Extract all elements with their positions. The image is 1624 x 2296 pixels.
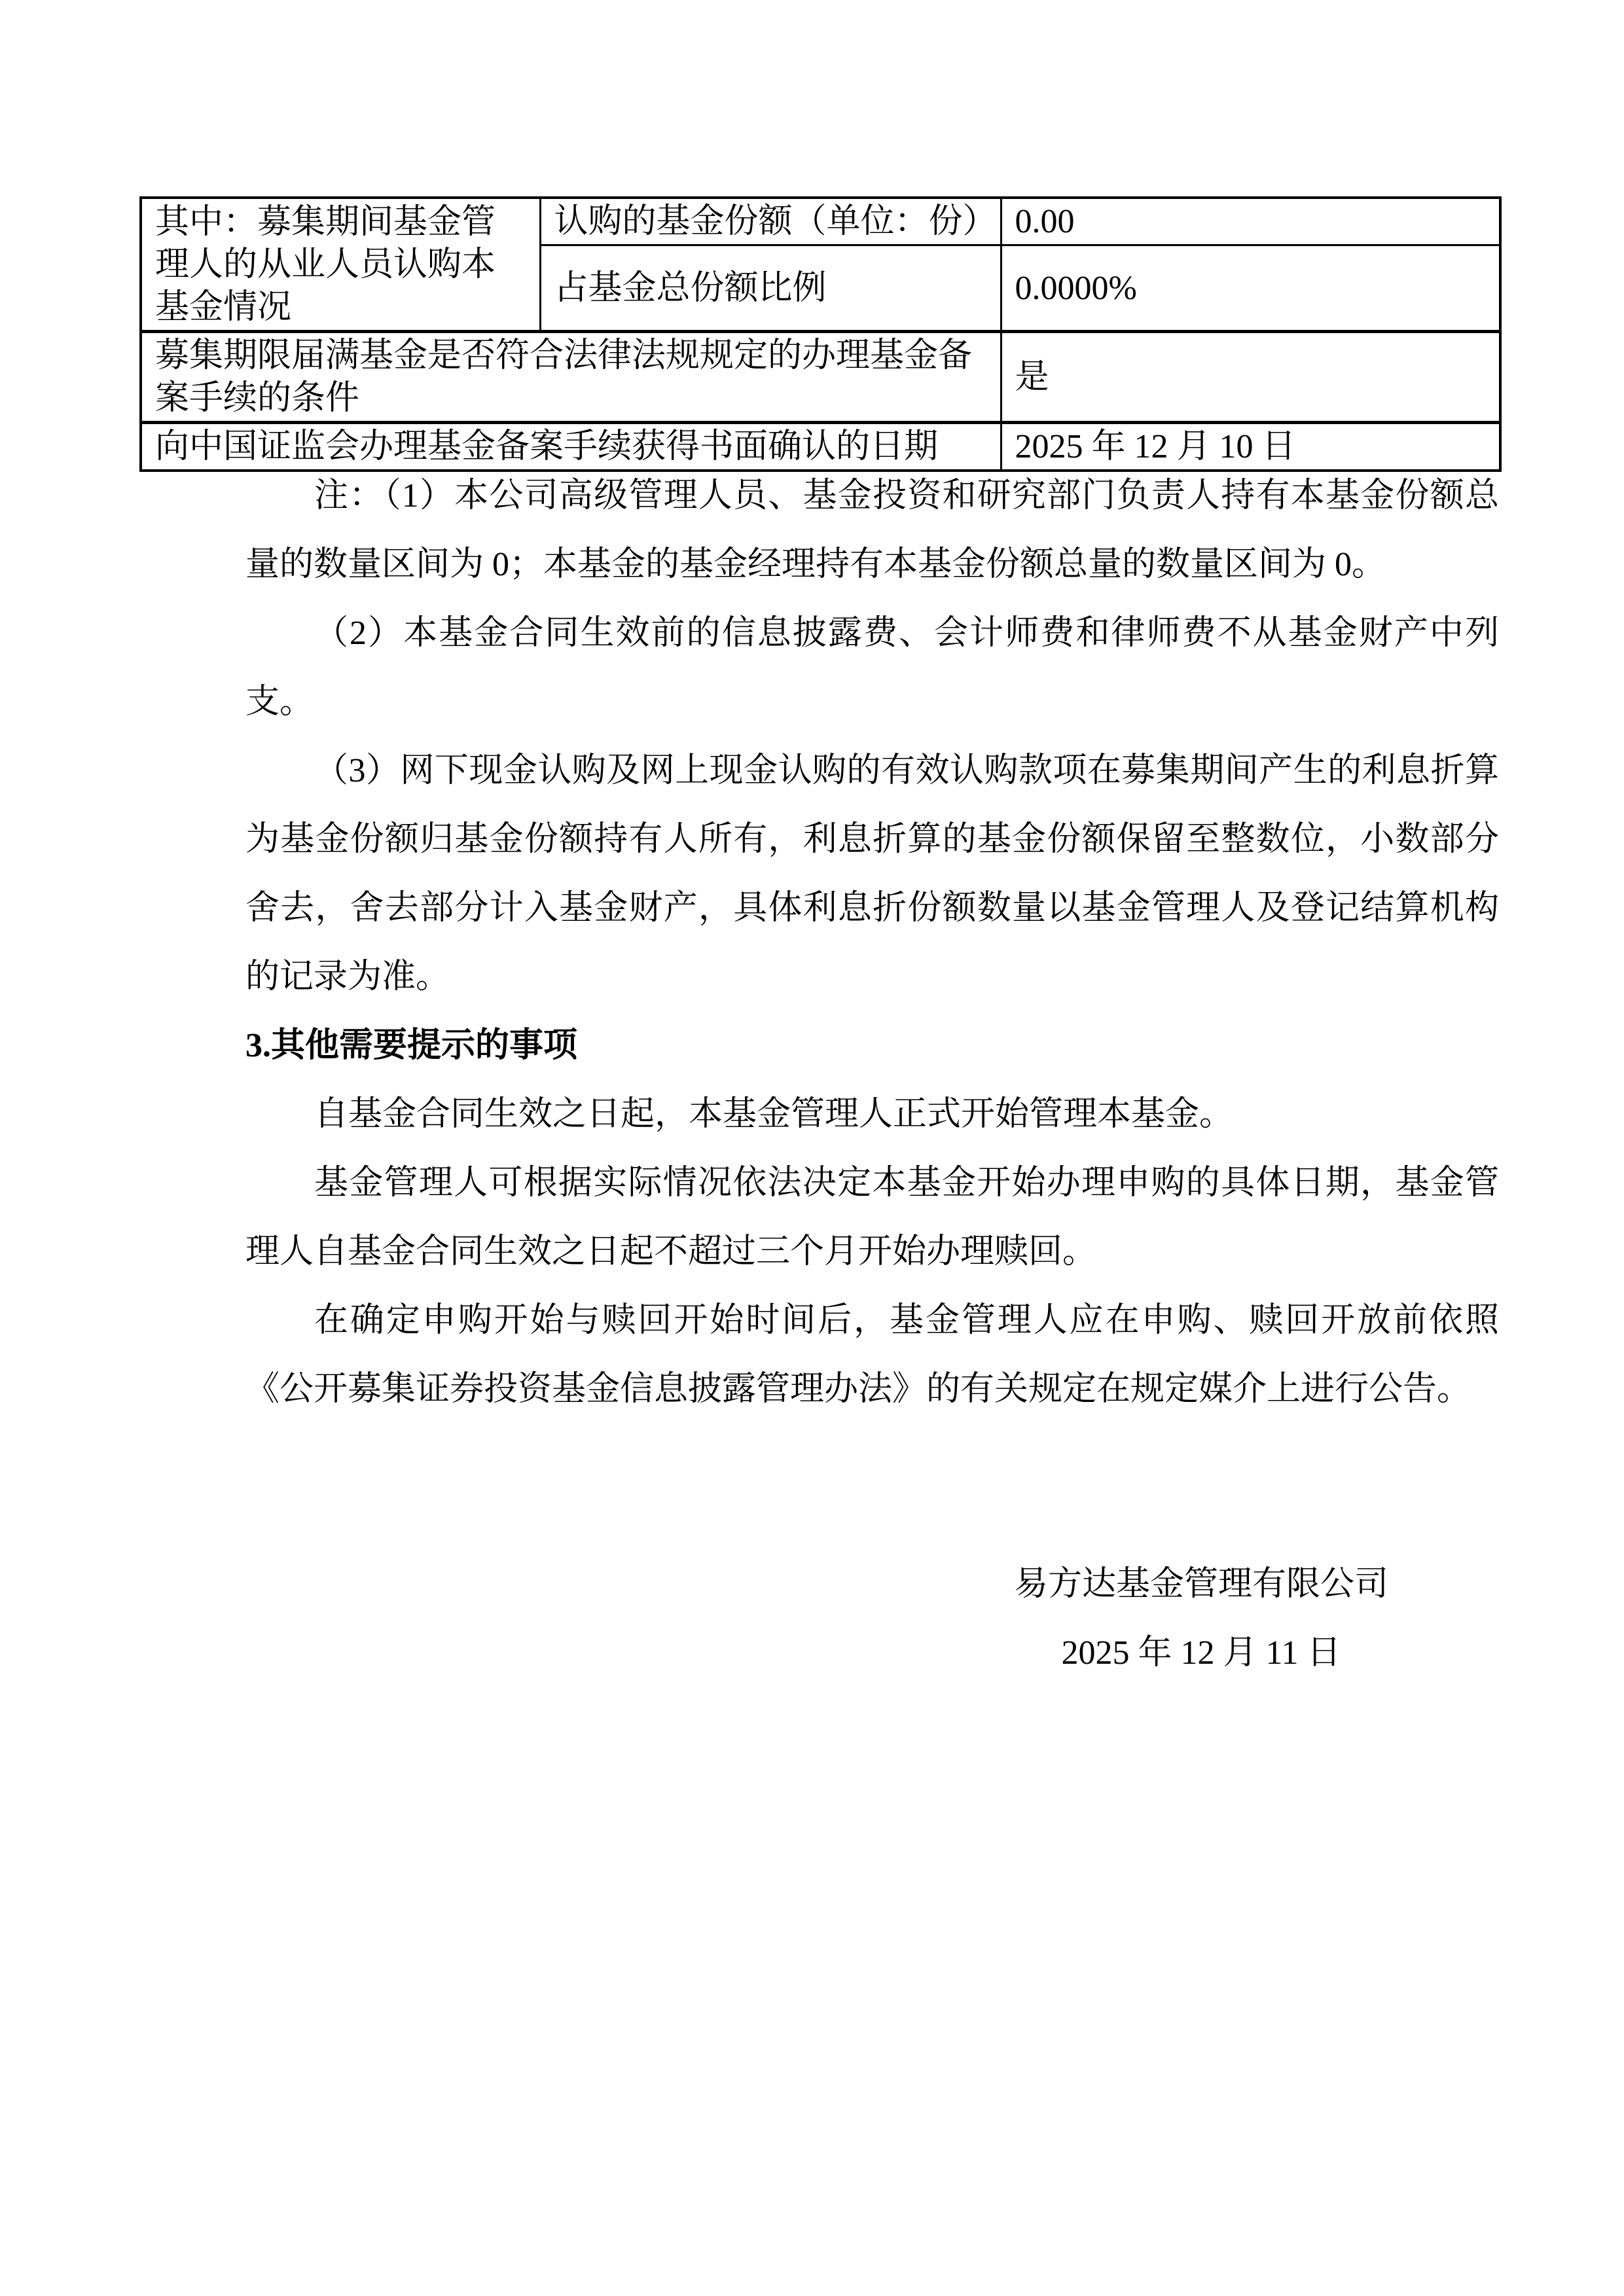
- table-cell-share-ratio-value: 0.0000%: [1001, 245, 1500, 332]
- table-cell-filing-condition-value: 是: [1001, 332, 1500, 423]
- section3-paragraph-3: 在确定申购开始与赎回开始时间后，基金管理人应在申购、赎回开放前依照《公开募集证券…: [245, 1286, 1499, 1424]
- document-page: 其中：募集期间基金管理人的从业人员认购本基金情况 认购的基金份额（单位：份） 0…: [0, 0, 1624, 2296]
- signature-company: 易方达基金管理有限公司: [900, 1550, 1502, 1619]
- note-3: （3）网下现金认购及网上现金认购的有效认购款项在募集期间产生的利息折算为基金份额…: [245, 736, 1499, 1011]
- body-text-block: 注：（1）本公司高级管理人员、基金投资和研究部门负责人持有本基金份额总量的数量区…: [245, 461, 1499, 1424]
- table-cell-staff-subscription-label: 其中：募集期间基金管理人的从业人员认购本基金情况: [141, 198, 540, 332]
- fund-filing-table: 其中：募集期间基金管理人的从业人员认购本基金情况 认购的基金份额（单位：份） 0…: [139, 196, 1502, 472]
- signature-date: 2025 年 12 月 11 日: [900, 1619, 1502, 1687]
- table-cell-filing-condition-label: 募集期限届满基金是否符合法律法规规定的办理基金备案手续的条件: [141, 332, 1001, 423]
- section3-heading: 3.其他需要提示的事项: [245, 1011, 1499, 1080]
- signature-block: 易方达基金管理有限公司 2025 年 12 月 11 日: [900, 1550, 1502, 1687]
- table-cell-subscribed-shares-value: 0.00: [1001, 198, 1500, 245]
- note-2: （2）本基金合同生效前的信息披露费、会计师费和律师费不从基金财产中列支。: [245, 599, 1499, 736]
- section3-paragraph-2: 基金管理人可根据实际情况依法决定本基金开始办理申购的具体日期，基金管理人自基金合…: [245, 1149, 1499, 1286]
- table-cell-share-ratio-label: 占基金总份额比例: [540, 245, 1001, 332]
- section3-paragraph-1: 自基金合同生效之日起，本基金管理人正式开始管理本基金。: [245, 1080, 1499, 1149]
- note-1: 注：（1）本公司高级管理人员、基金投资和研究部门负责人持有本基金份额总量的数量区…: [245, 461, 1499, 599]
- table-cell-subscribed-shares-label: 认购的基金份额（单位：份）: [540, 198, 1001, 245]
